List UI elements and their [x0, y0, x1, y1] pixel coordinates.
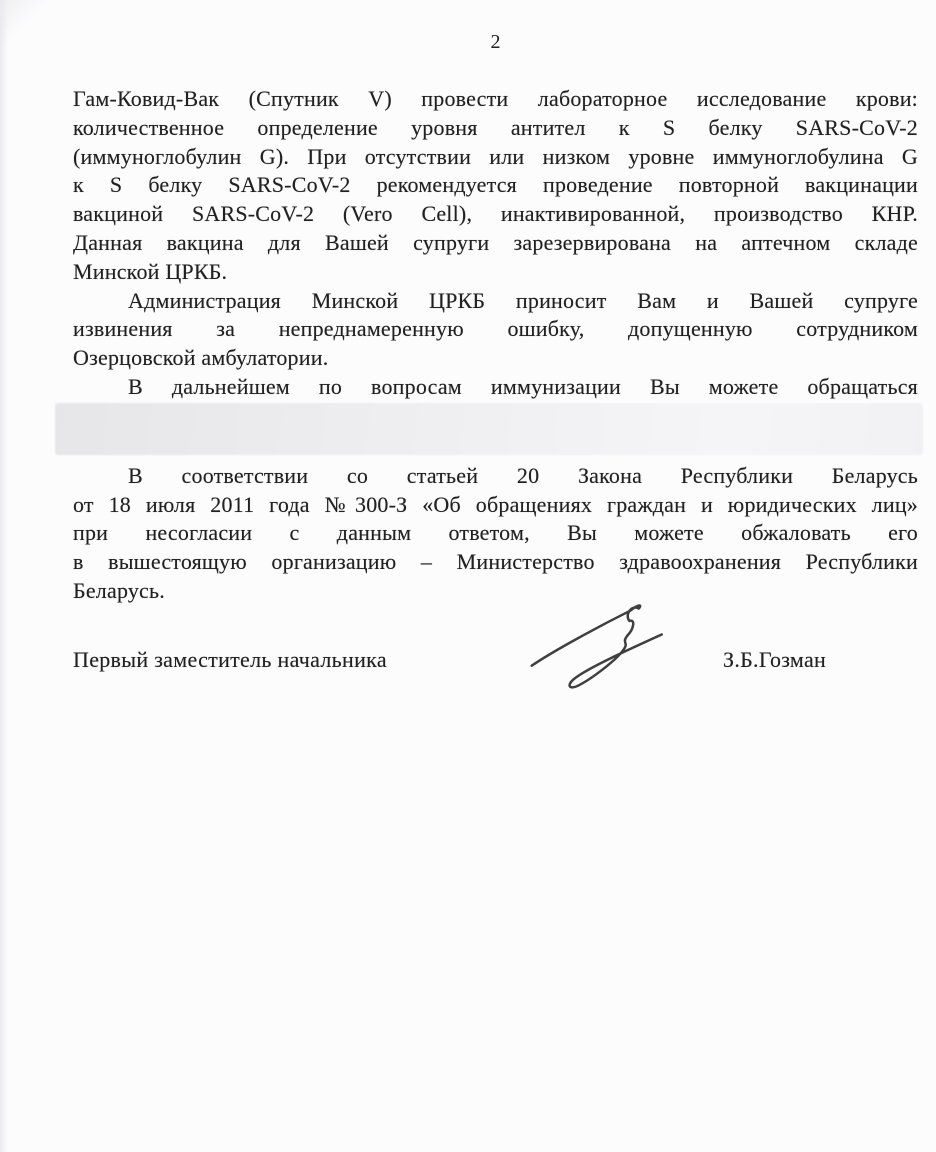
page-content: 2 Гам-Ковид-Вак (Спутник V) провести лаб…: [73, 0, 918, 721]
paragraph-apology: Администрация Минской ЦРКБ приносит Вам …: [73, 287, 918, 373]
page-number: 2: [73, 30, 918, 54]
signer-title: Первый заместитель начальника: [73, 646, 387, 675]
paragraph-vaccine-continuation: Гам-Ковид-Вак (Спутник V) провести лабор…: [73, 85, 918, 287]
text-line: Администрация Минской ЦРКБ приносит Вам …: [73, 287, 918, 316]
scanned-letter-page: 2 Гам-Ковид-Вак (Спутник V) провести лаб…: [0, 0, 936, 1152]
text-line: вакциной SARS-CoV-2 (Vero Cell), инактив…: [73, 200, 918, 229]
text-line: в вышестоящую организацию – Министерство…: [73, 548, 918, 577]
text-line: Данная вакцина для Вашей супруги зарезер…: [73, 229, 918, 258]
letter-body: Гам-Ковид-Вак (Спутник V) провести лабор…: [73, 85, 918, 606]
text-line: (иммуноглобулин G). При отсутствии или н…: [73, 143, 918, 172]
signature-icon: [528, 596, 706, 700]
text-line: к S белку SARS-CoV-2 рекомендуется прове…: [73, 171, 918, 200]
text-line: количественное определение уровня антите…: [73, 114, 918, 143]
text-line: В дальнейшем по вопросам иммунизации Вы …: [73, 373, 918, 402]
text-line: при несогласии с данным ответом, Вы може…: [73, 519, 918, 548]
text-line: от 18 июля 2011 года №300-З «Об обращени…: [73, 491, 918, 520]
text-line: Озерцовской амбулатории.: [73, 344, 918, 373]
text-line: В соответствии со статьей 20 Закона Респ…: [73, 462, 918, 491]
scan-corner-shadow-top-left: [0, 0, 46, 46]
text-line: Гам-Ковид-Вак (Спутник V) провести лабор…: [73, 85, 918, 114]
text-line: извинения за непреднамеренную ошибку, до…: [73, 315, 918, 344]
redaction-strip: [55, 403, 923, 455]
text-line: Беларусь.: [73, 577, 918, 606]
signer-name: З.Б.Гозман: [723, 646, 826, 675]
text-line: Минской ЦРКБ.: [73, 258, 918, 287]
signature-block: Первый заместитель начальника З.Б.Гозман: [73, 606, 918, 721]
paragraph-immunization-contact: В дальнейшем по вопросам иммунизации Вы …: [73, 373, 918, 402]
paragraph-appeal-law: В соответствии со статьей 20 Закона Респ…: [73, 462, 918, 606]
scan-edge-shadow-left: [0, 0, 9, 1152]
